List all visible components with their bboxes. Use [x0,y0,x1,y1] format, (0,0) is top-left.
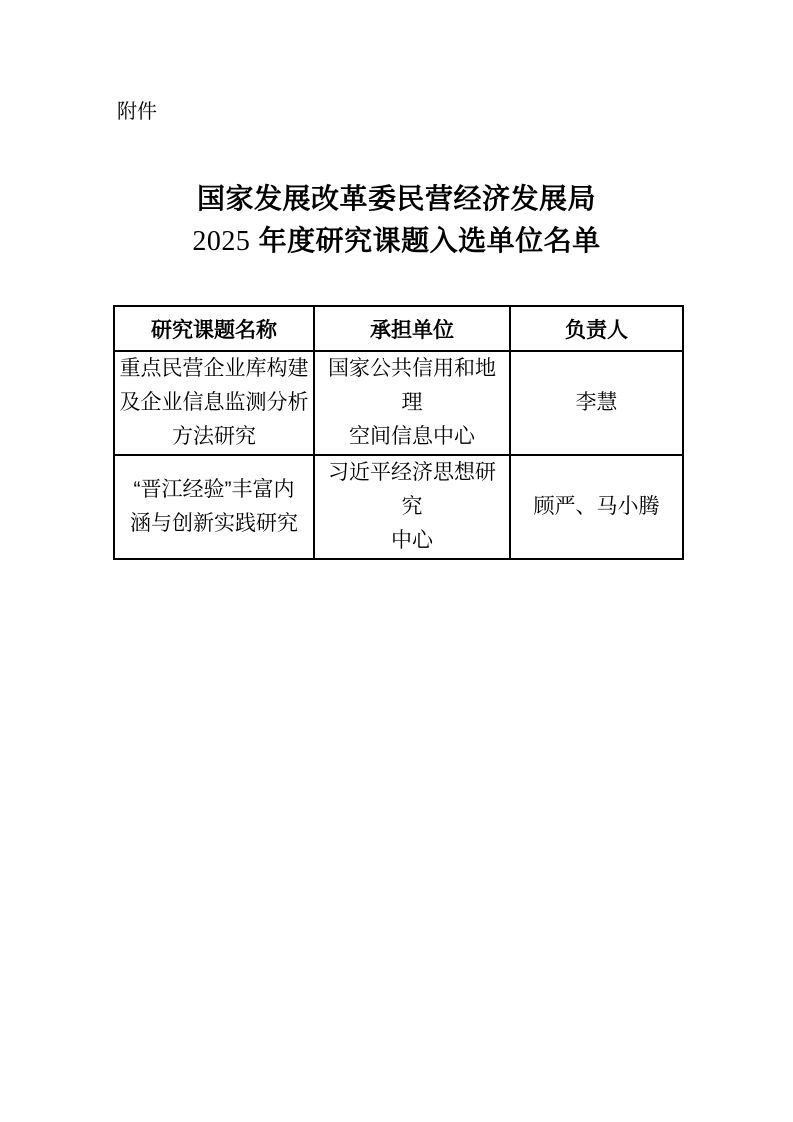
title-line-2: 2025 年度研究课题入选单位名单 [0,220,793,263]
title-line-2-text: 年度研究课题入选单位名单 [250,225,600,256]
research-topics-table: 研究课题名称 承担单位 负责人 重点民营企业库构建 及企业信息监测分析 方法研究… [113,305,684,560]
table-row: “晋江经验”丰富内 涵与创新实践研究 习近平经济思想研究 中心 顾严、马小腾 [114,455,683,559]
header-topic: 研究课题名称 [114,306,314,351]
cell-topic-row2: “晋江经验”丰富内 涵与创新实践研究 [114,455,314,559]
title-year: 2025 [192,226,250,257]
title-line-1: 国家发展改革委民营经济发展局 [0,178,793,220]
header-lead: 负责人 [510,306,683,351]
cell-unit-row2: 习近平经济思想研究 中心 [314,455,510,559]
cell-lead-row2: 顾严、马小腾 [510,455,683,559]
cell-unit-row1: 国家公共信用和地理 空间信息中心 [314,351,510,455]
cell-lead-row1: 李慧 [510,351,683,455]
document-title: 国家发展改革委民营经济发展局 2025 年度研究课题入选单位名单 [0,178,793,263]
cell-topic-row1: 重点民营企业库构建 及企业信息监测分析 方法研究 [114,351,314,455]
header-unit: 承担单位 [314,306,510,351]
table-row: 重点民营企业库构建 及企业信息监测分析 方法研究 国家公共信用和地理 空间信息中… [114,351,683,455]
document-page: 附件 国家发展改革委民营经济发展局 2025 年度研究课题入选单位名单 研究课题… [0,0,793,1122]
table-header-row: 研究课题名称 承担单位 负责人 [114,306,683,351]
attachment-label: 附件 [117,100,157,124]
